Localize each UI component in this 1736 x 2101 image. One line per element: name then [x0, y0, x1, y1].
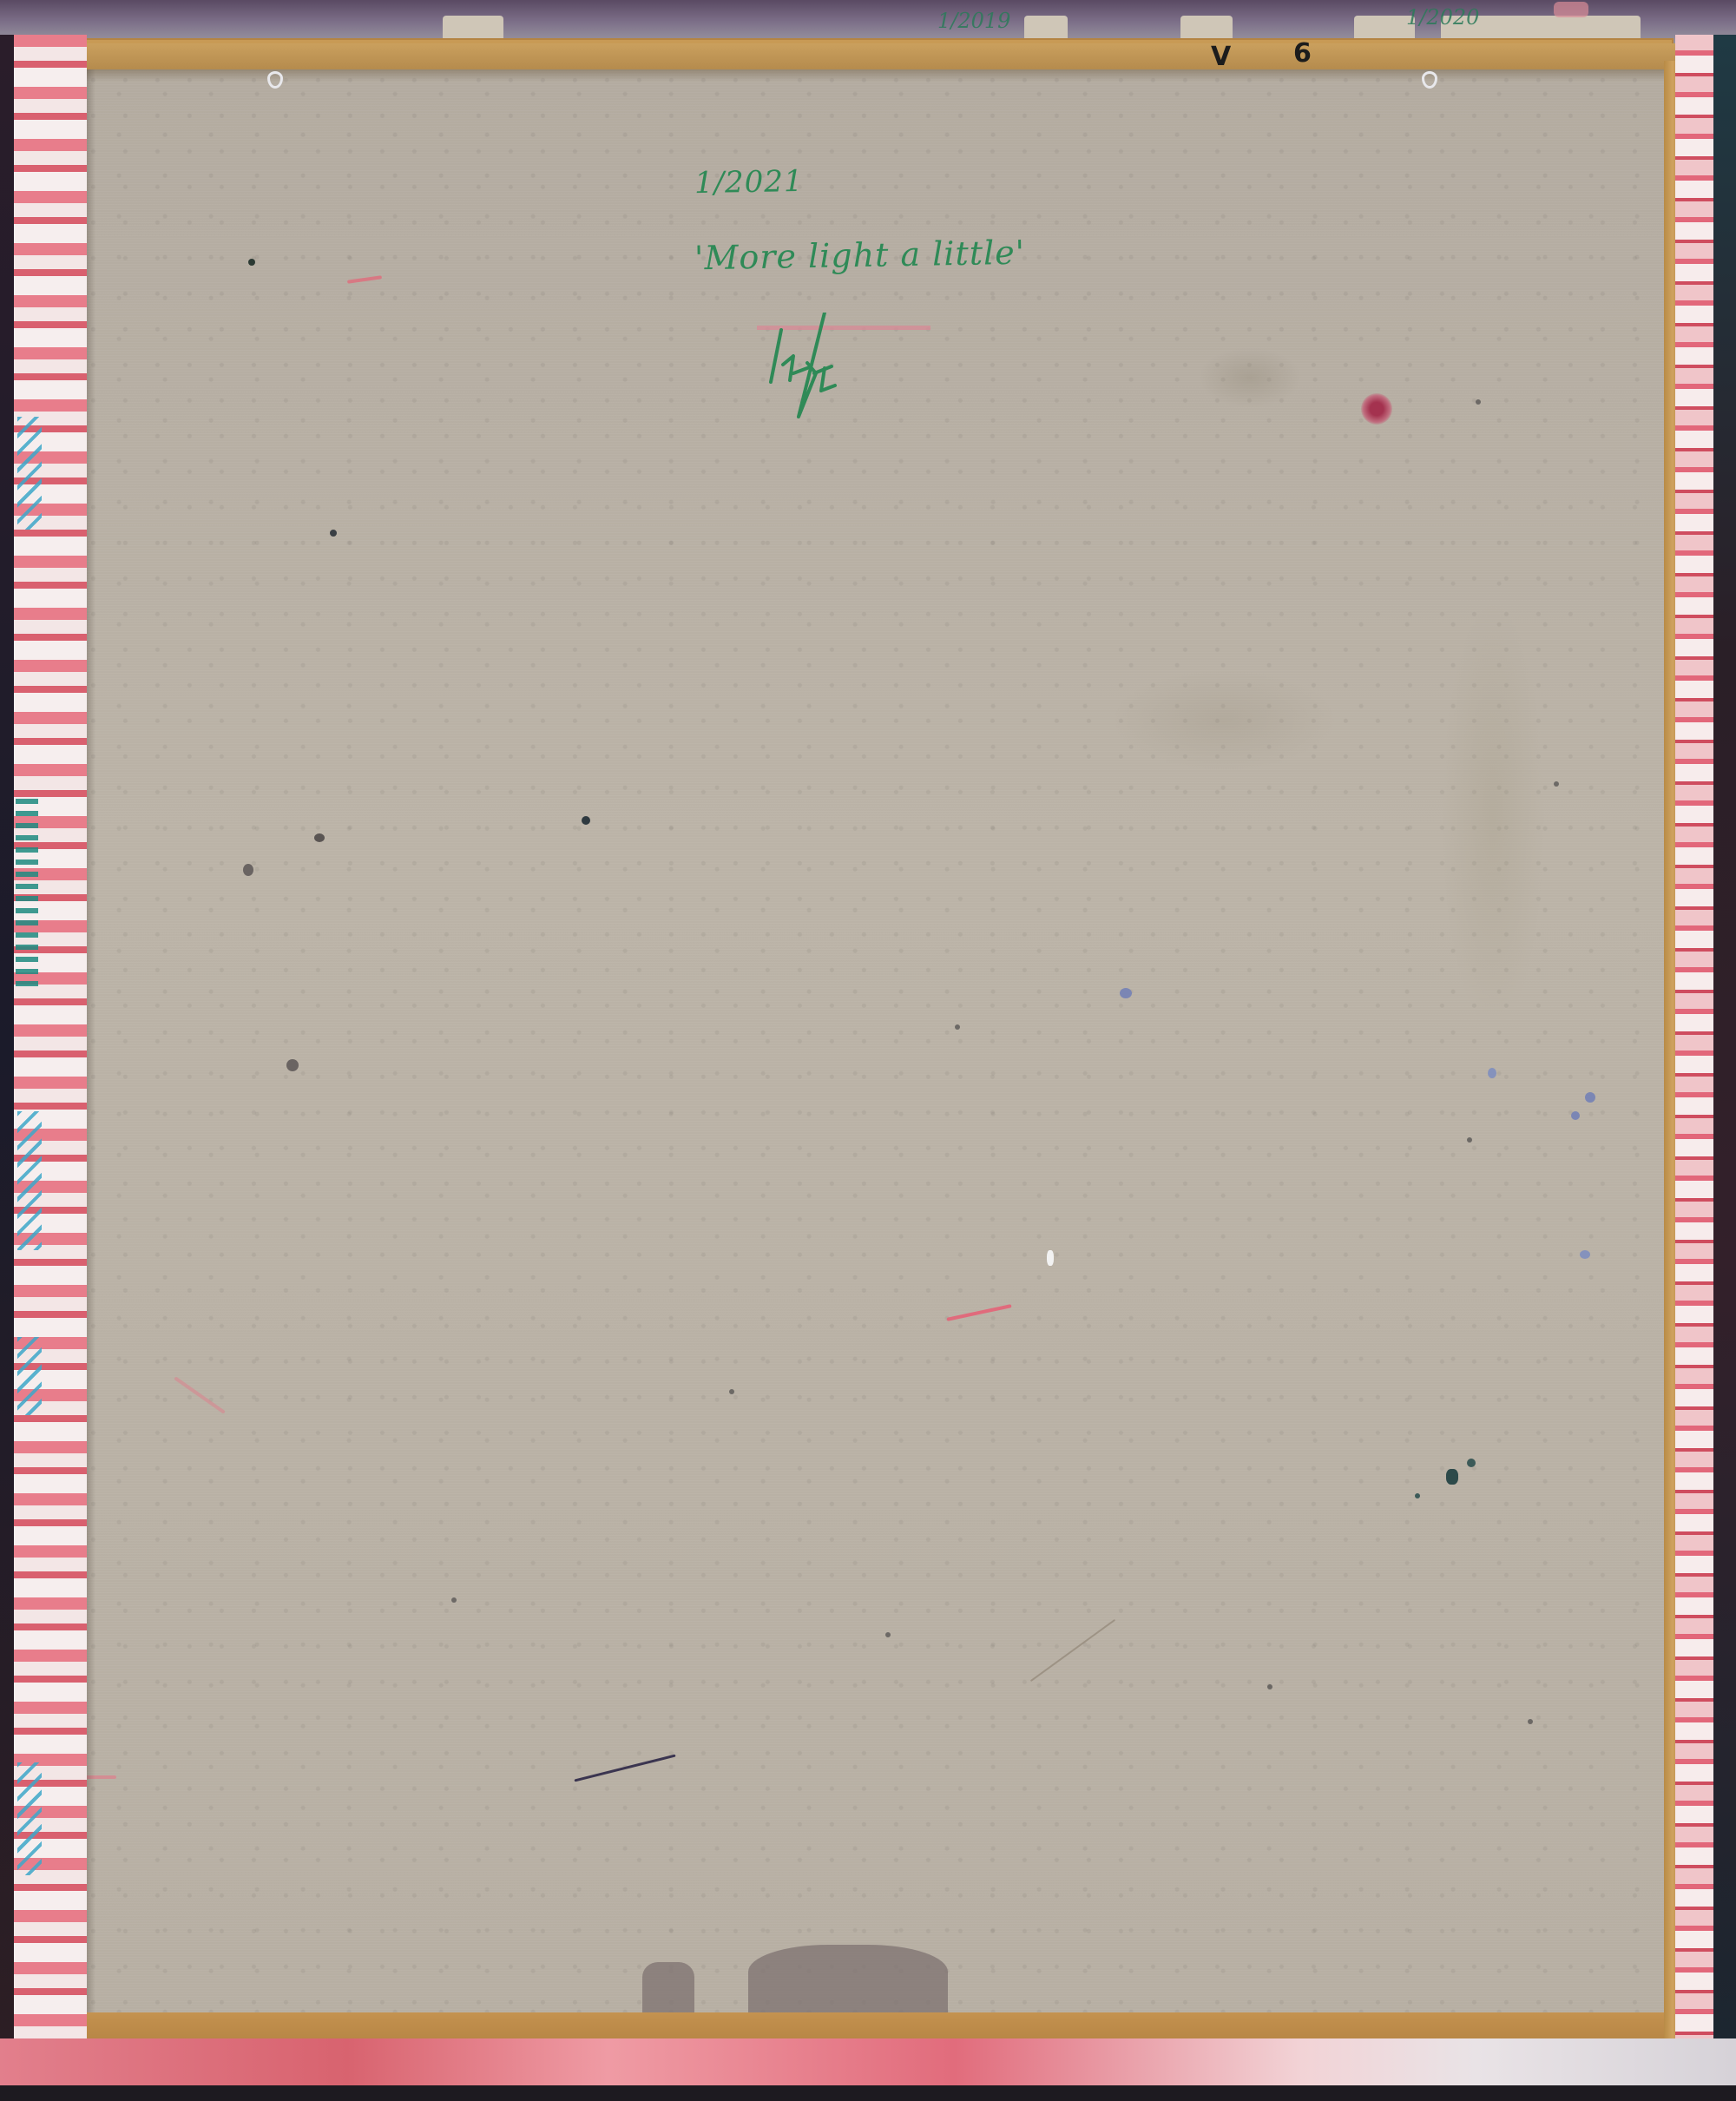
- speck: [1554, 781, 1559, 787]
- grey-splatter: [314, 833, 325, 842]
- old-inscription-date: 1/2020: [1406, 5, 1479, 30]
- white-paint-fleck: [1047, 1250, 1054, 1266]
- canvas-shadow: [87, 69, 95, 2012]
- scratch-mark: [1030, 1619, 1115, 1682]
- left-painted-canvas-edge: [0, 35, 87, 2066]
- grey-drip-stain: [642, 1962, 694, 2012]
- dark-teal-splatter: [1446, 1469, 1458, 1485]
- bottom-painted-canvas-edge: [0, 2038, 1736, 2101]
- speck: [1267, 1684, 1272, 1689]
- magenta-paint-stain: [1361, 393, 1392, 425]
- blue-paint-splatter: [1580, 1250, 1590, 1259]
- teal-scribble: [16, 799, 38, 990]
- blue-paint-splatter: [1488, 1068, 1496, 1078]
- grey-splatter: [243, 864, 253, 876]
- pen-mark: 6: [1293, 38, 1312, 69]
- artist-signature-icon: [764, 313, 885, 425]
- blue-scribble: [17, 1762, 42, 1875]
- water-stain: [1111, 668, 1337, 773]
- dark-teal-splatter: [1415, 1493, 1420, 1498]
- dark-teal-splatter: [1467, 1459, 1476, 1467]
- inscription-date: 1/2021: [694, 164, 804, 201]
- pink-paint-streak: [347, 275, 382, 284]
- speck: [451, 1597, 457, 1603]
- dark-pen-streak: [574, 1755, 675, 1782]
- speck: [885, 1632, 891, 1637]
- old-inscription-date: 1/2019: [937, 9, 1010, 33]
- dark-splatter: [248, 259, 255, 266]
- grey-splatter: [286, 1059, 299, 1071]
- speck: [1476, 399, 1481, 405]
- dark-splatter: [330, 530, 337, 537]
- speck: [1467, 1137, 1472, 1143]
- blue-paint-splatter: [1120, 988, 1132, 998]
- speck: [1528, 1719, 1533, 1724]
- dark-splatter: [582, 816, 590, 825]
- blue-scribble: [17, 1337, 42, 1415]
- grey-drip-stain: [748, 1945, 948, 2012]
- paint-patch: [1554, 2, 1588, 17]
- speck: [729, 1389, 734, 1394]
- pen-mark: V: [1211, 42, 1231, 72]
- right-painted-canvas-edge: [1675, 35, 1736, 2075]
- blue-paint-splatter: [1571, 1111, 1580, 1120]
- water-stain: [1198, 347, 1302, 408]
- inscription-title: 'More light a little': [694, 234, 1026, 278]
- pink-paint-streak: [946, 1304, 1011, 1321]
- blue-paint-splatter: [1585, 1092, 1595, 1103]
- blue-scribble: [17, 417, 42, 530]
- water-stain: [1441, 599, 1545, 1033]
- speck: [955, 1024, 960, 1030]
- top-stretcher-bar: [87, 43, 1675, 69]
- pink-paint-streak: [174, 1376, 226, 1413]
- blue-scribble: [17, 1111, 42, 1250]
